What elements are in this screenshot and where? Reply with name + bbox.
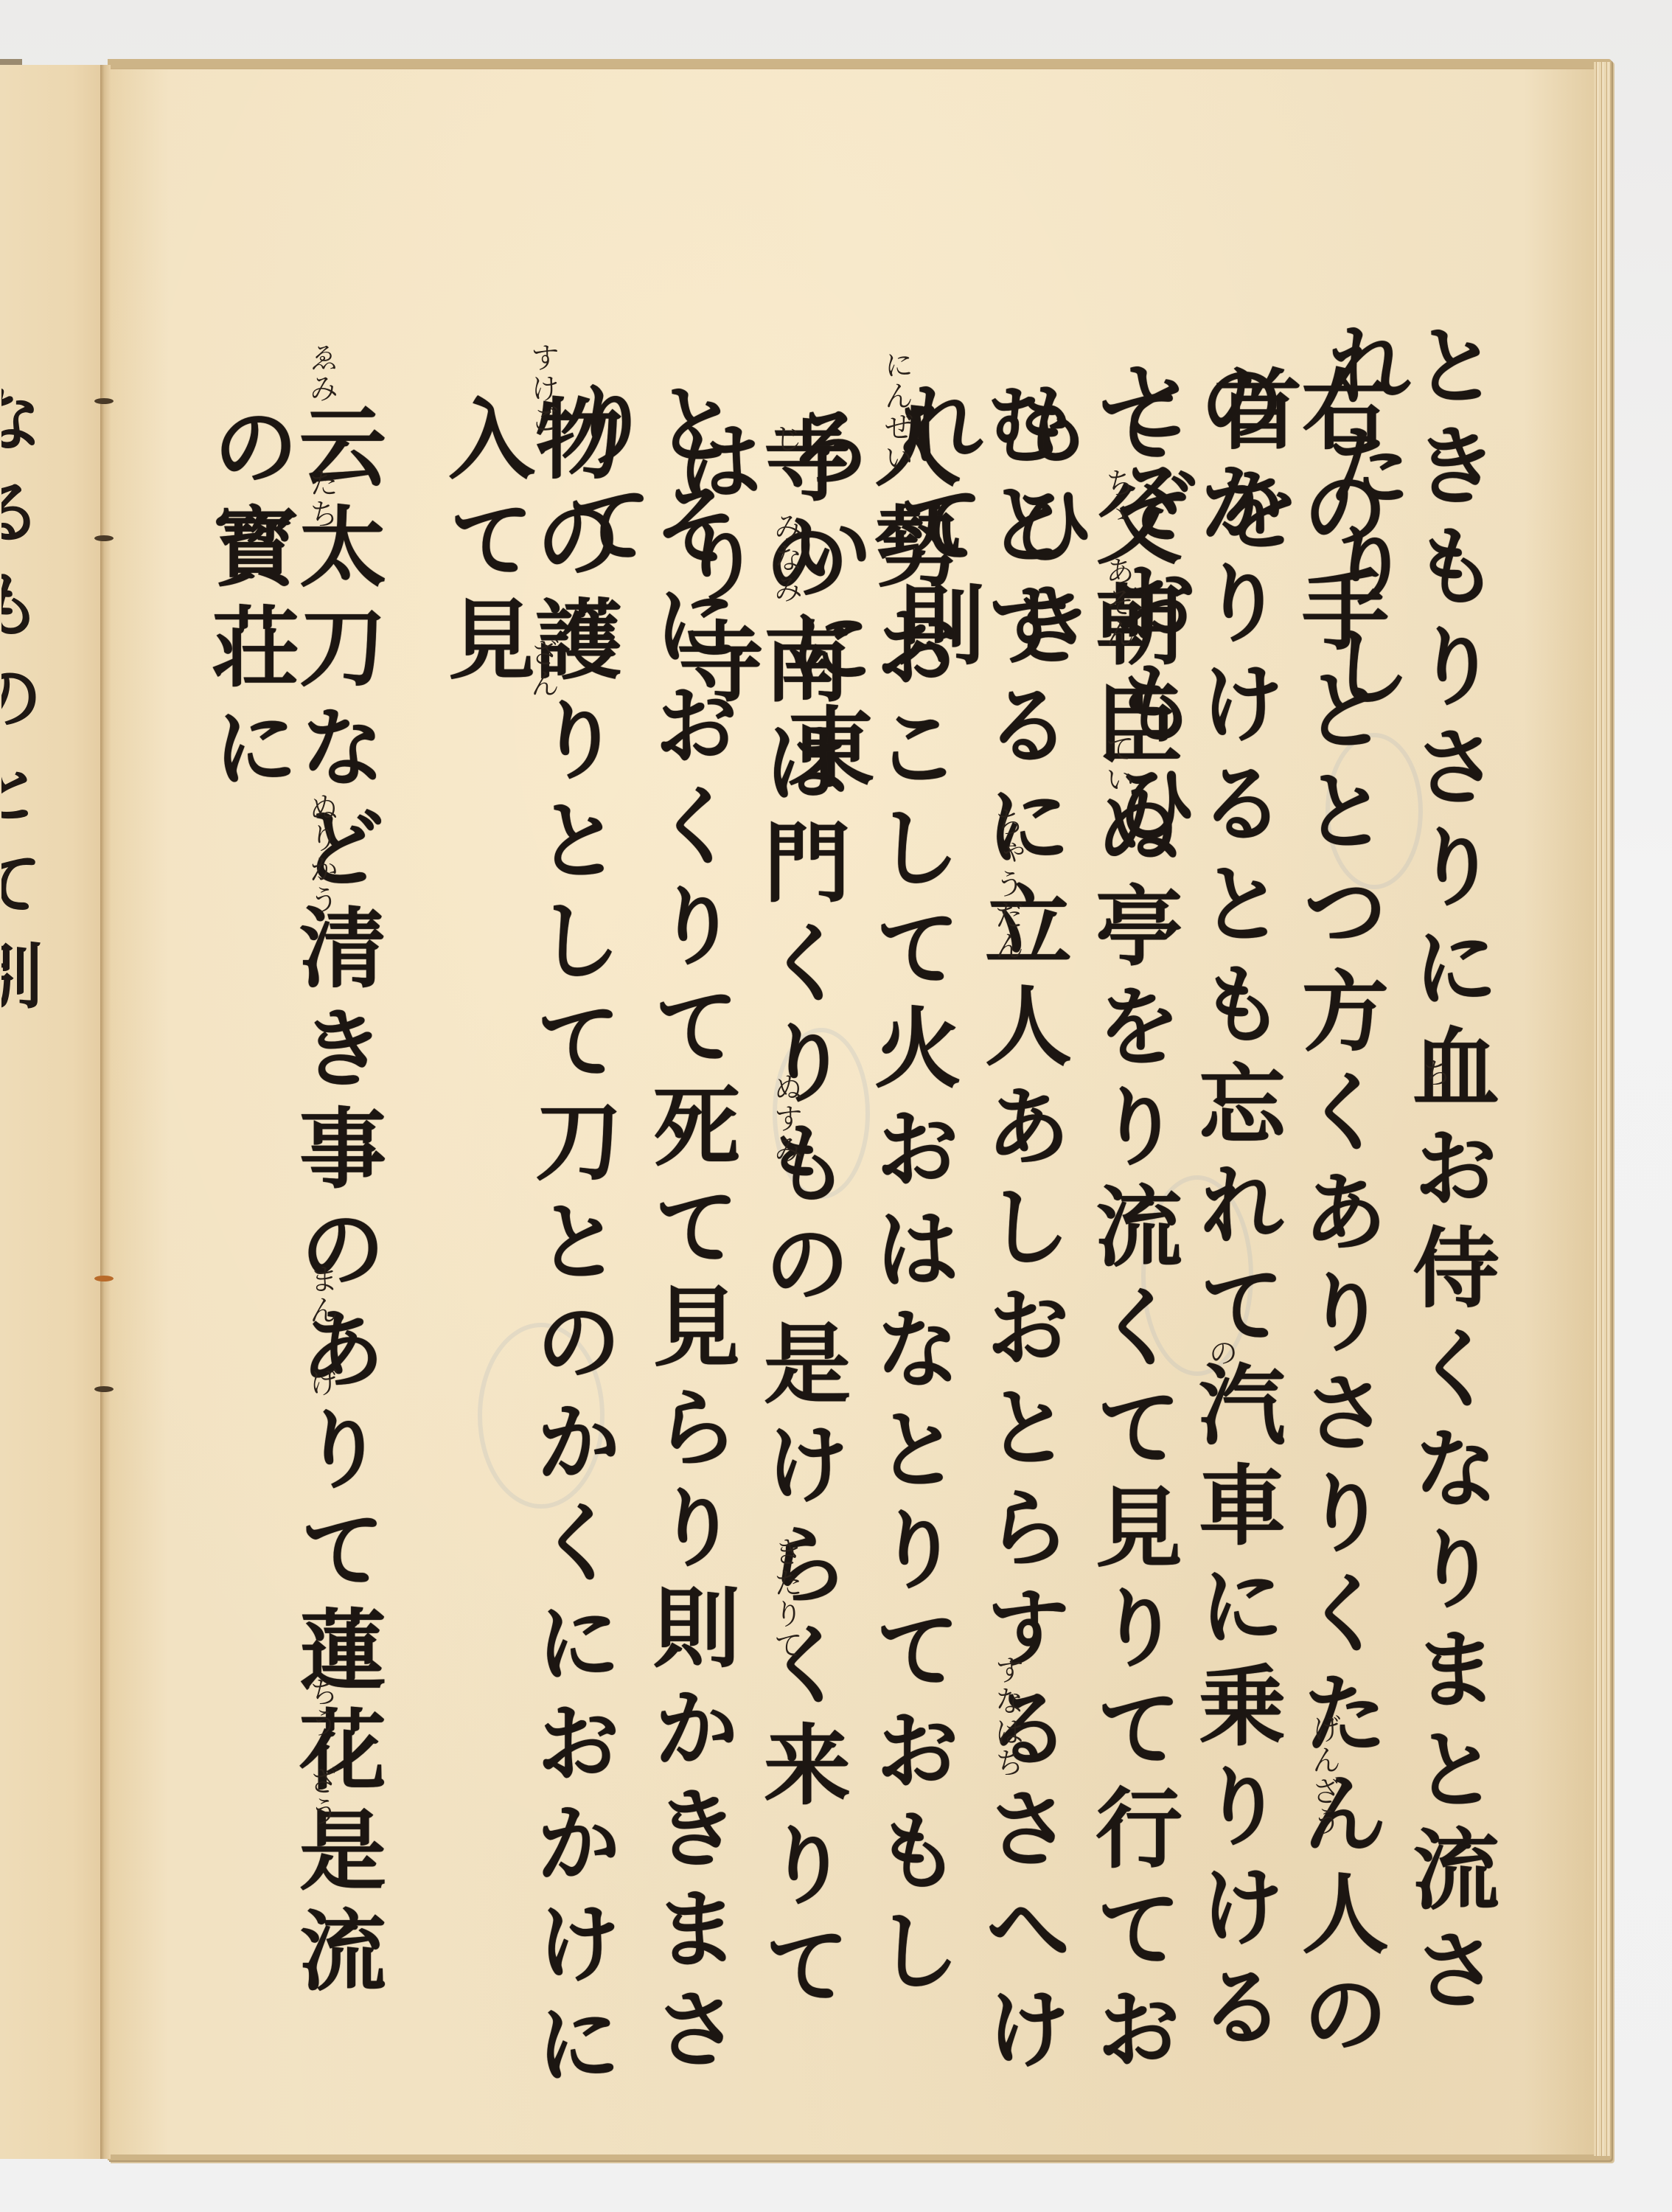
furigana: たち <box>301 467 343 529</box>
furigana: ざう <box>301 1765 343 1827</box>
binding-stitch <box>94 398 114 404</box>
furigana: ち <box>1414 1057 1456 1088</box>
furigana: ちゝ <box>1097 467 1139 529</box>
furigana: ちう <box>301 1677 343 1739</box>
binding-stitch <box>94 535 114 541</box>
furigana: きたりて <box>765 1537 807 1660</box>
furigana: まん <box>301 1264 343 1326</box>
right-page: ときもりさりに血お侍くなりまと流されたりし ち 右の手ととつ方くありさりくたん人… <box>109 68 1598 2154</box>
furigana: あそん <box>1097 556 1139 649</box>
spine-gutter <box>100 65 111 2159</box>
furigana: ゑみ <box>301 342 343 404</box>
furigana: げ <box>301 1367 343 1398</box>
furigana: にんぜい <box>876 349 918 473</box>
left-page: なるものとて別 <box>0 65 104 2159</box>
furigana: じ <box>765 423 807 454</box>
furigana: ぬすみ <box>765 1072 807 1165</box>
binding-stitch <box>94 1386 114 1392</box>
left-page-partial-column: なるものとて別 <box>1 382 53 1178</box>
furigana: ちゃうだん <box>986 807 1028 961</box>
furigana: みなみ <box>765 512 807 605</box>
furigana: ぬりかう <box>301 792 343 916</box>
furigana: げんざう <box>1303 1714 1345 1837</box>
furigana: の <box>1200 1338 1242 1368</box>
text-column-10: 云太刀など清き事のありて蓮花是流の寳荘に <box>205 401 379 2104</box>
furigana: てい <box>1097 733 1139 795</box>
furigana: すけご <box>522 342 564 435</box>
page-edges <box>1594 62 1610 2156</box>
binding-stitch <box>94 1276 114 1281</box>
furigana: ざん <box>522 637 564 699</box>
furigana: すなはち <box>986 1655 1028 1778</box>
